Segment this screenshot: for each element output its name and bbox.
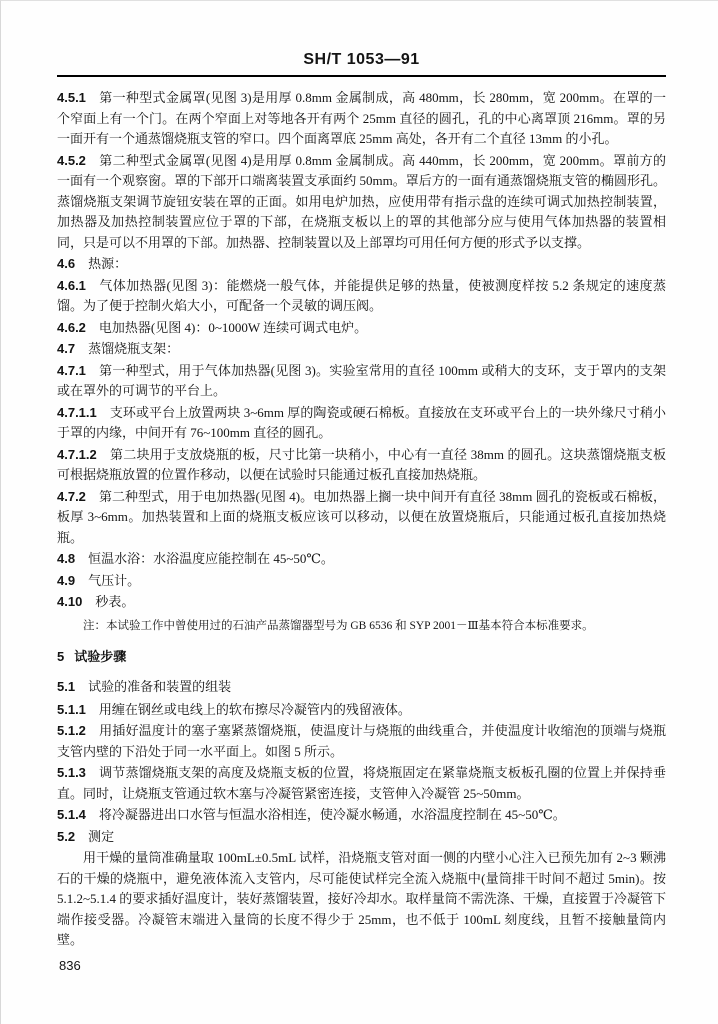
section-text: 支环或平台上放置两块 3~6mm 厚的陶瓷或硬石棉板。直接放在支环或平台上的一块… xyxy=(57,405,666,441)
section-4-6-1: 4.6.1气体加热器(见图 3)：能燃烧一般气体，并能提供足够的热量，使被测度样… xyxy=(57,276,666,317)
section-5-heading: 5试验步骤 xyxy=(57,647,666,668)
section-number: 4.5.2 xyxy=(57,153,86,168)
section-number: 4.10 xyxy=(57,594,82,609)
section-text: 试验的准备和装置的组装 xyxy=(88,679,231,694)
section-number: 5.1 xyxy=(57,679,75,694)
section-text: 第一种型式，用于气体加热器(见图 3)。实验室常用的直径 100mm 或稍大的支… xyxy=(57,363,666,399)
section-4-8: 4.8恒温水浴：水浴温度应能控制在 45~50℃。 xyxy=(57,549,666,570)
section-number: 4.5.1 xyxy=(57,90,86,105)
section-number: 5.1.4 xyxy=(57,807,86,822)
section-text: 用插好温度计的塞子塞紧蒸馏烧瓶，使温度计与烧瓶的曲线重合，并使温度计收缩泡的顶端… xyxy=(57,723,666,759)
standard-number: SH/T 1053—91 xyxy=(57,51,666,69)
section-number: 5 xyxy=(57,649,64,664)
section-number: 5.1.3 xyxy=(57,765,86,780)
section-5-1-2: 5.1.2用插好温度计的塞子塞紧蒸馏烧瓶，使温度计与烧瓶的曲线重合，并使温度计收… xyxy=(57,721,666,762)
section-text: 试验步骤 xyxy=(74,649,126,664)
section-4-7-1-2: 4.7.1.2第二块用于支放烧瓶的板，尺寸比第一块稍小，中心有一直径 38mm … xyxy=(57,445,666,486)
section-text: 热源： xyxy=(88,256,127,271)
section-5-1-4: 5.1.4将冷凝器进出口水管与恒温水浴相连，使冷凝水畅通，水浴温度控制在 45~… xyxy=(57,805,666,826)
section-number: 4.7.1.2 xyxy=(57,447,97,462)
section-text: 用缠在钢丝或电线上的软布擦尽冷凝管内的残留液体。 xyxy=(99,702,411,717)
section-number: 5.2 xyxy=(57,829,75,844)
section-5-2-body: 用干燥的量筒准确量取 100mL±0.5mL 试样，沿烧瓶支管对面一侧的内壁小心… xyxy=(57,848,666,951)
section-4-7-1: 4.7.1第一种型式，用于气体加热器(见图 3)。实验室常用的直径 100mm … xyxy=(57,361,666,402)
section-text: 气体加热器(见图 3)：能燃烧一般气体，并能提供足够的热量，使被测度样按 5.2… xyxy=(57,278,666,314)
section-text: 电加热器(见图 4)：0~1000W 连续可调式电炉。 xyxy=(99,320,367,335)
header-rule xyxy=(57,75,666,77)
section-4-5-1: 4.5.1第一种型式金属罩(见图 3)是用厚 0.8mm 金属制成，高 480m… xyxy=(57,88,666,150)
section-number: 4.9 xyxy=(57,573,75,588)
section-number: 5.1.2 xyxy=(57,723,86,738)
section-number: 4.7.2 xyxy=(57,489,86,504)
section-number: 4.7.1.1 xyxy=(57,405,97,420)
section-4-7-1-1: 4.7.1.1支环或平台上放置两块 3~6mm 厚的陶瓷或硬石棉板。直接放在支环… xyxy=(57,403,666,444)
section-number: 4.7.1 xyxy=(57,363,86,378)
section-text: 第一种型式金属罩(见图 3)是用厚 0.8mm 金属制成，高 480mm，长 2… xyxy=(57,90,666,146)
section-number: 4.6.1 xyxy=(57,278,86,293)
section-5-1-3: 5.1.3调节蒸馏烧瓶支架的高度及烧瓶支板的位置，将烧瓶固定在紧靠烧瓶支板板孔圈… xyxy=(57,763,666,804)
section-number: 4.6 xyxy=(57,256,75,271)
section-text: 恒温水浴：水浴温度应能控制在 45~50℃。 xyxy=(88,551,334,566)
section-text: 第二块用于支放烧瓶的板，尺寸比第一块稍小，中心有一直径 38mm 的圆孔。这块蒸… xyxy=(57,447,666,483)
section-text: 蒸馏烧瓶支架： xyxy=(88,341,179,356)
section-4-6-2: 4.6.2电加热器(见图 4)：0~1000W 连续可调式电炉。 xyxy=(57,318,666,339)
section-text: 调节蒸馏烧瓶支架的高度及烧瓶支板的位置，将烧瓶固定在紧靠烧瓶支板板孔圈的位置上并… xyxy=(57,765,666,801)
section-4-5-2: 4.5.2第二种型式金属罩(见图 4)是用厚 0.8mm 金属制成。高 440m… xyxy=(57,151,666,254)
section-number: 5.1.1 xyxy=(57,702,86,717)
section-text: 秒表。 xyxy=(95,594,134,609)
section-text: 第二种型式金属罩(见图 4)是用厚 0.8mm 金属制成。高 440mm，长 2… xyxy=(57,153,666,250)
section-text: 测定 xyxy=(88,829,114,844)
section-5-1: 5.1试验的准备和装置的组装 xyxy=(57,677,666,698)
page-number: 836 xyxy=(57,958,666,973)
footnote: 注：本试验工作中曾使用过的石油产品蒸馏器型号为 GB 6536 和 SYP 20… xyxy=(57,617,666,636)
section-number: 4.6.2 xyxy=(57,320,86,335)
section-text: 气压计。 xyxy=(88,573,140,588)
section-text: 第二种型式，用于电加热器(见图 4)。电加热器上搁一块中间开有直径 38mm 圆… xyxy=(57,489,666,545)
section-4-7: 4.7蒸馏烧瓶支架： xyxy=(57,339,666,360)
section-4-10: 4.10秒表。 xyxy=(57,592,666,613)
section-5-1-1: 5.1.1用缠在钢丝或电线上的软布擦尽冷凝管内的残留液体。 xyxy=(57,700,666,721)
section-4-6: 4.6热源： xyxy=(57,254,666,275)
section-4-7-2: 4.7.2第二种型式，用于电加热器(见图 4)。电加热器上搁一块中间开有直径 3… xyxy=(57,487,666,549)
section-number: 4.8 xyxy=(57,551,75,566)
section-text: 将冷凝器进出口水管与恒温水浴相连，使冷凝水畅通，水浴温度控制在 45~50℃。 xyxy=(99,807,566,822)
document-page: SH/T 1053—91 4.5.1第一种型式金属罩(见图 3)是用厚 0.8m… xyxy=(0,0,718,1024)
section-5-2: 5.2测定 xyxy=(57,827,666,848)
section-number: 4.7 xyxy=(57,341,75,356)
section-4-9: 4.9气压计。 xyxy=(57,571,666,592)
